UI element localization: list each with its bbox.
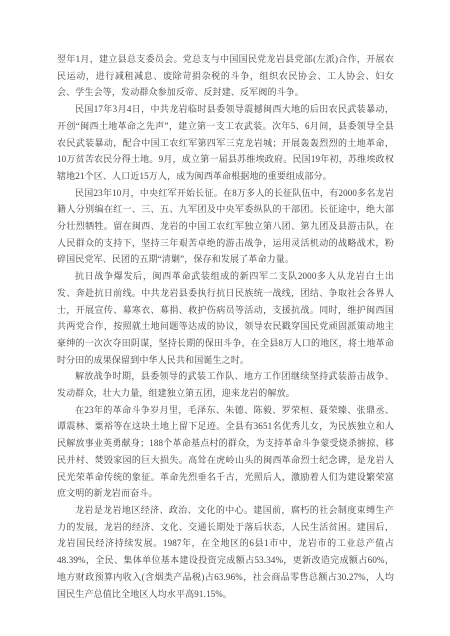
paragraph: 翌年1月，建立县总支委员会。党总支与中国国民党龙岩县党部(左派)合作，开展农民运… <box>57 51 394 101</box>
paragraph: 民国23年10月，中央红军开始长征。在8万多人的长征队伍中，有2000多名龙岩籍… <box>57 185 394 269</box>
paragraph: 在23年的革命斗争岁月里，毛泽东、朱德、陈毅、罗荣桓、聂荣臻、张鼎丞、谭震林、粟… <box>57 402 394 502</box>
document-page: 翌年1月，建立县总支委员会。党总支与中国国民党龙岩县党部(左派)合作，开展农民运… <box>0 0 450 636</box>
paragraph: 抗日战争爆发后，闽西革命武装组成的新四军二支队2000多人从龙岩白土出发、奔赴抗… <box>57 268 394 368</box>
paragraph: 民国17年3月4日，中共龙岩临时县委领导震撼闽西大地的后田农民武装暴动，开创“闽… <box>57 101 394 185</box>
paragraph: 龙岩是龙岩地区经济、政治、文化的中心。建国前，腐朽的社会制度束缚生产力的发展，龙… <box>57 502 394 602</box>
document-body: 翌年1月，建立县总支委员会。党总支与中国国民党龙岩县党部(左派)合作，开展农民运… <box>57 51 394 602</box>
paragraph: 解放战争时期，县委领导的武装工作队、地方工作团继续坚持武装游击战争、发动群众，壮… <box>57 368 394 401</box>
